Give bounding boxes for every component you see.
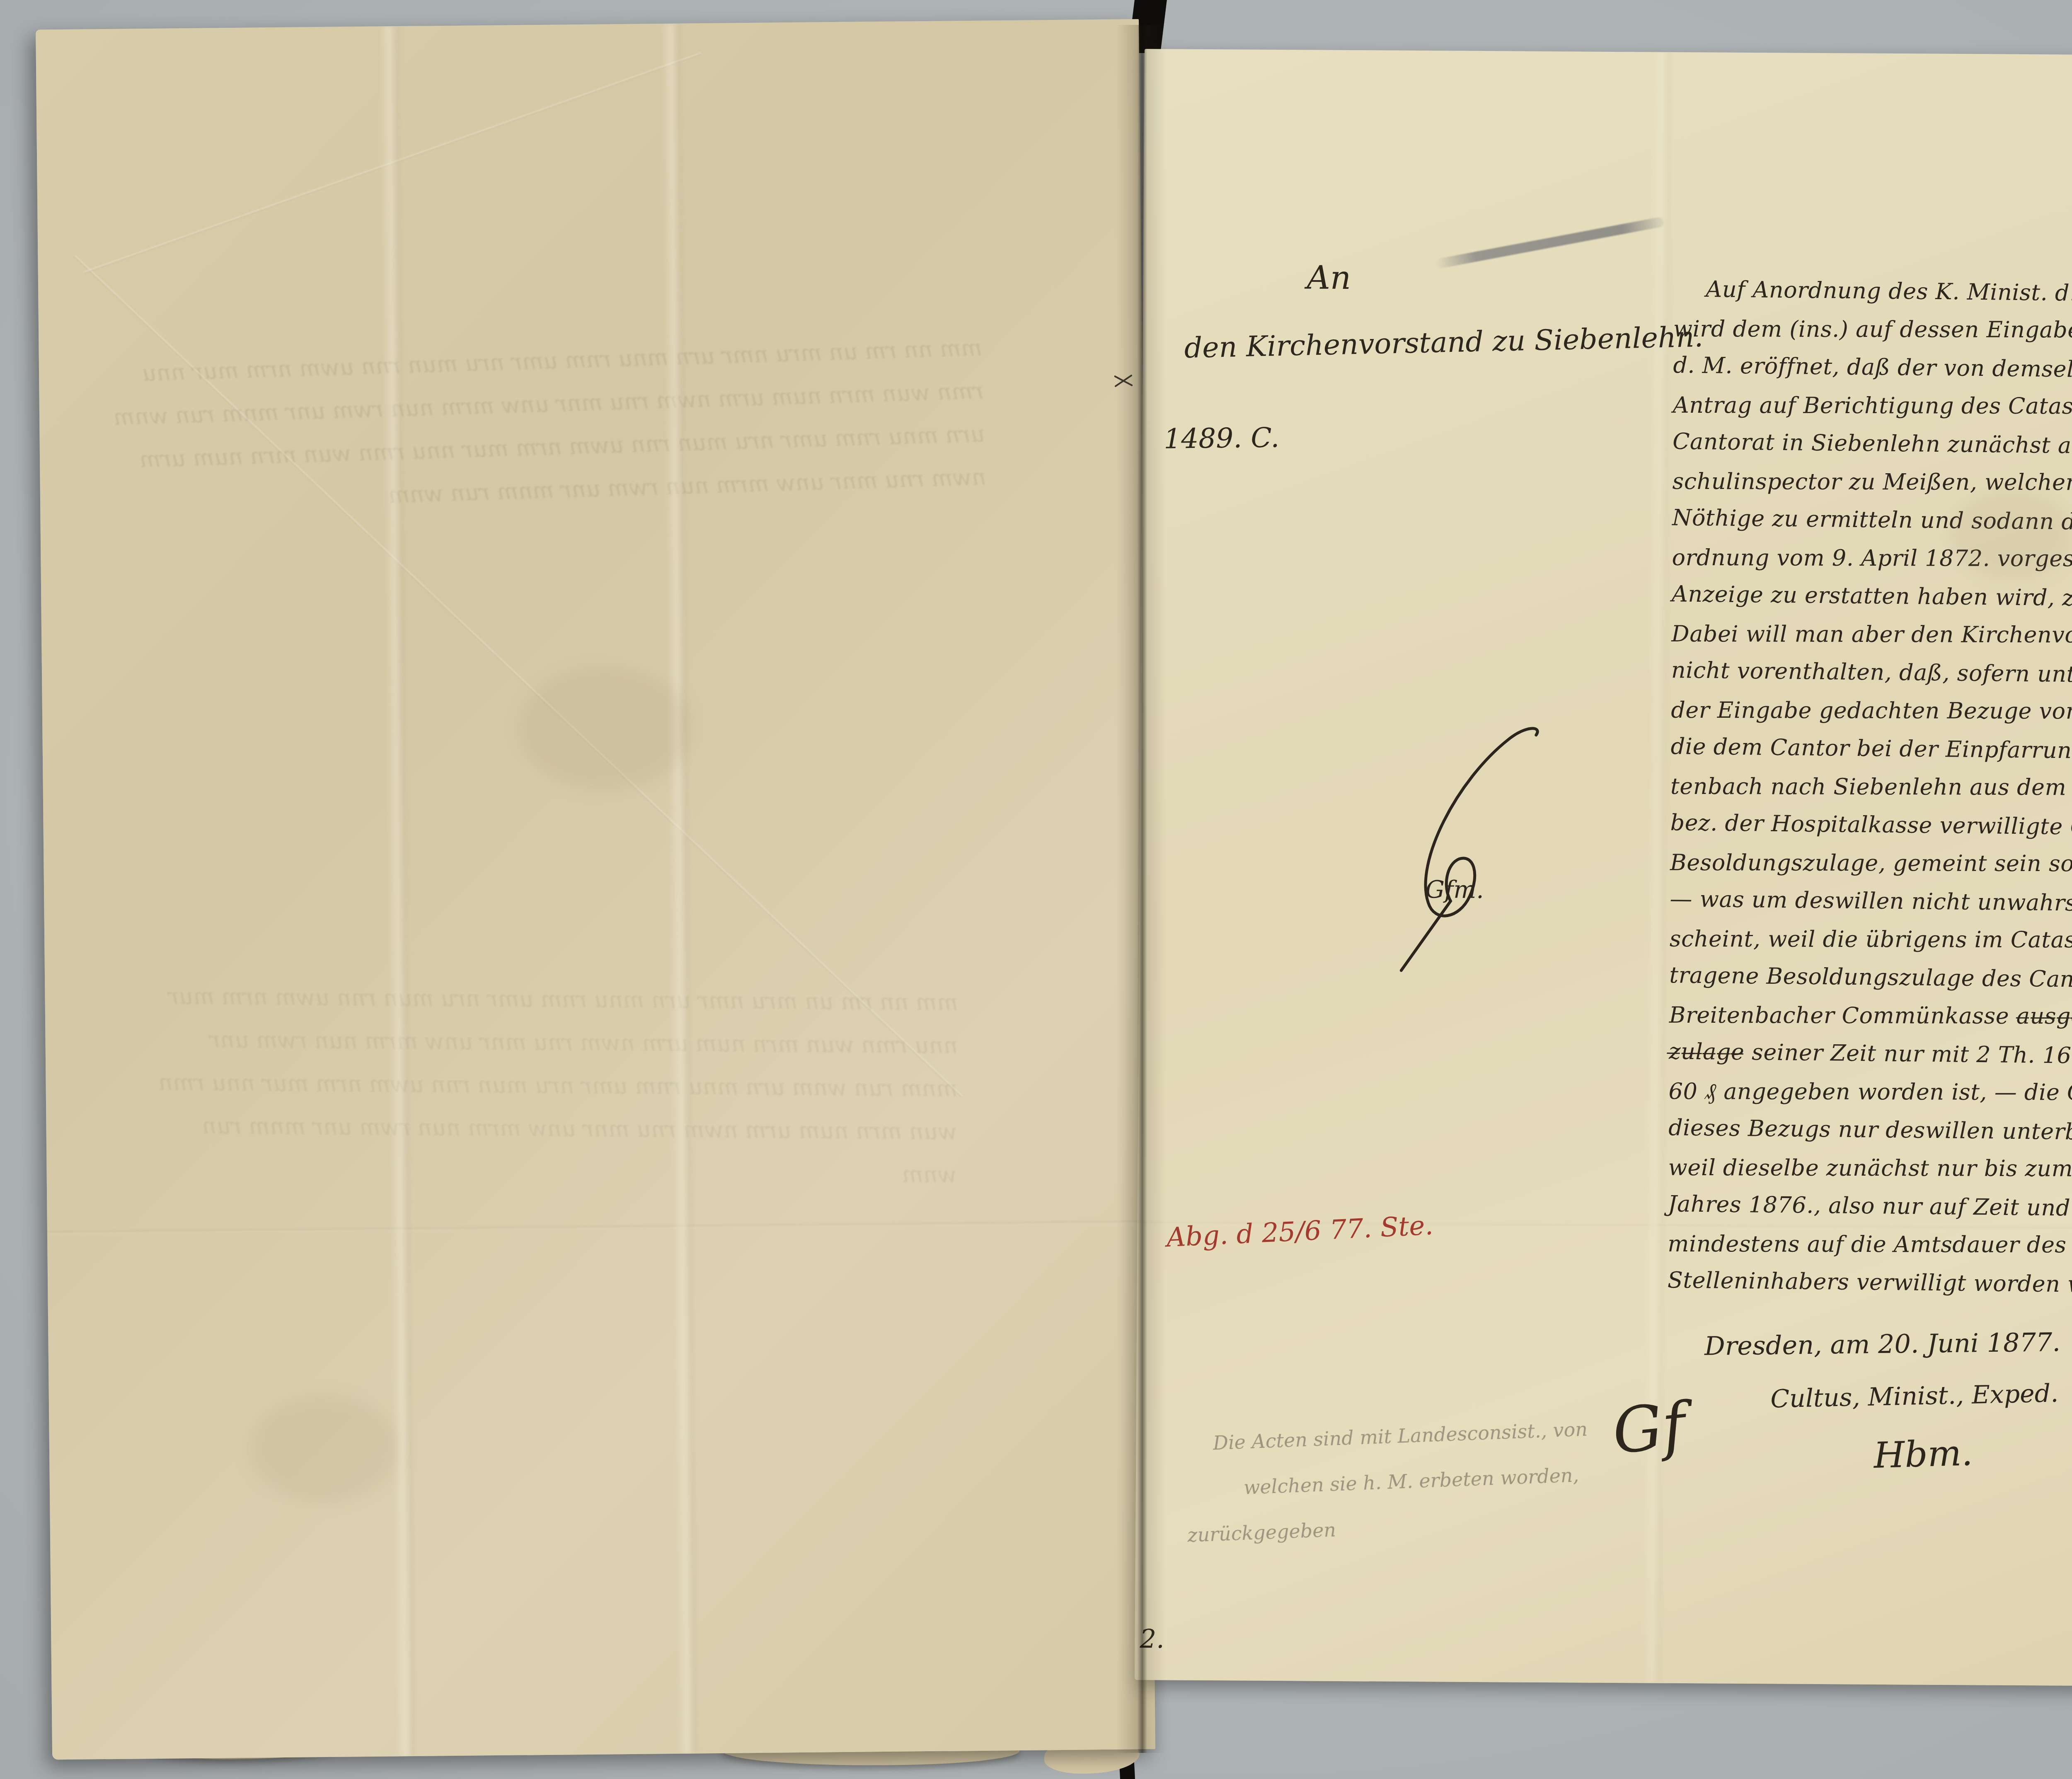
office-line: Cultus, Minist., Exped. xyxy=(1770,1379,2059,1414)
handwriting-line: Breitenbacher Commünkasse a̶u̶s̶g̶e̶s̶e̶… xyxy=(1669,996,2072,1036)
handwriting-line: dieses Bezugs nur deswillen unterblieben… xyxy=(1668,1109,2072,1152)
handwriting-line: Stelleninhabers verwilligt worden war. xyxy=(1667,1261,2072,1304)
date-line: Dresden, am 20. Juni 1877. xyxy=(1704,1327,2061,1361)
handwriting-line: weil dieselbe zunächst nur bis zum Begin… xyxy=(1668,1149,2072,1188)
handwriting-line: tragene Besoldungszulage des Cantors aus… xyxy=(1669,956,2072,999)
paper-stain xyxy=(518,666,694,791)
handwriting-line: Besoldungszulage, gemeint sein sollte, w… xyxy=(1670,844,2072,883)
address-line-1: An xyxy=(1307,259,1351,297)
handwriting-line: Dabei will man aber den Kirchenvorstand xyxy=(1671,615,2072,654)
signature: Hbm. xyxy=(1873,1432,1973,1476)
handwriting-line: z̶u̶l̶a̶g̶e̶ seiner Zeit nur mit 2 Th. 1… xyxy=(1669,1032,2072,1075)
fold-crease-vertical xyxy=(380,26,415,1756)
handwriting-line: mindestens auf die Amtsdauer des damalig… xyxy=(1668,1225,2072,1264)
gutter-shadow xyxy=(1116,25,1166,1753)
bleedthrough-text: mm nn rm un mru nmr urn mnu rnm umr nru … xyxy=(91,326,987,525)
handwriting-line: d. M. eröffnet, daß der von demselben ge… xyxy=(1673,346,2072,389)
p-flourish-icon xyxy=(1365,721,1549,980)
bleedthrough-text: mm nn rm un mru nmr urn mnu rnm umr nru … xyxy=(149,975,959,1196)
handwriting-line: — was um deswillen nicht unwahrscheinlic… xyxy=(1670,880,2072,923)
handwriting-line: Antrag auf Berichtigung des Catasters fü… xyxy=(1673,386,2072,426)
paper-stain xyxy=(1949,489,2072,581)
handwriting-line: tenbach nach Siebenlehn aus dem Kirchenä… xyxy=(1670,767,2072,807)
fold-crease-horizontal xyxy=(47,1221,1150,1234)
letter-body: Auf Anordnung des K. Minist. d. C. u. ö.… xyxy=(1668,271,2072,1303)
right-page: 59. An den Kirchenvorstand zu Siebenlehn… xyxy=(1135,49,2072,1686)
handwriting-line: 60 ₰ angegeben worden ist, — die Catastr… xyxy=(1669,1072,2072,1112)
handwriting-line: die dem Cantor bei der Einpfarrung von B… xyxy=(1670,727,2072,770)
handwriting-line: der Eingabe gedachten Bezuge von 7 Mark … xyxy=(1671,691,2072,731)
address-line-3: 1489. C. xyxy=(1164,422,1280,455)
pencil-note: Die Acten sind mit Landesconsist., vonwe… xyxy=(1183,1406,1592,1558)
handwriting-line: scheint, weil die übrigens im Cataster n… xyxy=(1670,920,2072,959)
handwriting-line: wird dem (ins.) auf dessen Eingabe vom 1… xyxy=(1673,310,2072,349)
left-page: mm nn rm un mru nmr urn mnu rnm umr nru … xyxy=(36,19,1155,1760)
gen-mark: Gfm. xyxy=(1425,875,1484,904)
red-dispatch-note: Abg. d 25/6 77. Ste. xyxy=(1166,1210,1434,1253)
left-paraph: Gf xyxy=(1610,1389,1689,1468)
address-line-2: den Kirchenvorstand zu Siebenlehn. xyxy=(1184,321,1704,365)
handwriting-line: nicht vorenthalten, daß, sofern unter de… xyxy=(1671,651,2072,694)
archival-document-scan: mm nn rm un mru nmr urn mnu rnm umr nru … xyxy=(0,0,2072,1779)
handwriting-line: bez. der Hospitalkasse verwilligte C̶a̶ … xyxy=(1670,804,2072,847)
fold-crease-vertical xyxy=(661,24,697,1754)
handwriting-line: Auf Anordnung des K. Minist. d. C. u. ö.… xyxy=(1673,270,2072,313)
pencil-stroke-icon xyxy=(1435,216,1665,269)
paper-stain xyxy=(248,1394,398,1503)
handwriting-line: Jahres 1876., also nur auf Zeit und nich… xyxy=(1668,1185,2072,1228)
handwriting-line: Anzeige zu erstatten haben wird, zu rich… xyxy=(1672,575,2072,618)
handwriting-line: Cantorat in Siebenlehn zunächst an den B… xyxy=(1673,422,2072,465)
